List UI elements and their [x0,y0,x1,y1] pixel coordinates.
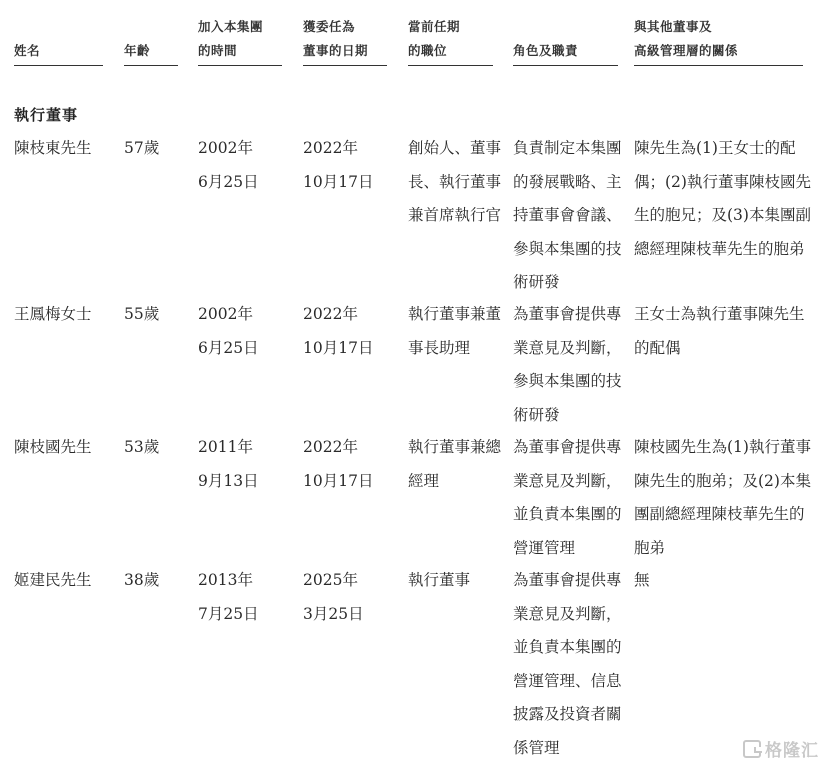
cell-text: 3月25日 [303,598,364,632]
cell-text: 6月25日 [198,166,259,200]
cell-text: 執行董事 [408,564,470,598]
cell-text: 並負責本集團的 [513,631,622,665]
cell-text: 2022年 [303,132,373,166]
cell-age: 38歲 [124,564,159,598]
header-text: 角色及職責 [513,39,618,63]
header-text: 獲委任為 [303,15,387,39]
cell-text: 營運管理、信息 [513,665,622,699]
cell-appointed: 2022年 10月17日 [303,132,373,199]
cell-text: 團副總經理陳枝華先生的 [634,498,811,532]
cell-text: 王女士為執行董事陳先生 [634,298,805,332]
cell-role: 為董事會提供專 業意見及判斷， 並負責本集團的 營運管理 [513,431,622,565]
header-text: 加入本集團 [198,15,282,39]
cell-text: 10月17日 [303,332,373,366]
cell-position: 創始人、董事 長、執行董事 兼首席執行官 [408,132,501,233]
header-age: 年齡 [124,14,178,66]
cell-text: 經理 [408,465,501,499]
cell-text: 係管理 [513,732,622,766]
cell-text: 持董事會會議、 [513,199,622,233]
cell-text: 術研發 [513,266,622,300]
cell-joined: 2013年 7月25日 [198,564,259,631]
cell-text: 7月25日 [198,598,259,632]
cell-relationship: 無 [634,564,650,598]
cell-text: 10月17日 [303,465,373,499]
cell-joined: 2002年 6月25日 [198,132,259,199]
cell-joined: 2002年 6月25日 [198,298,259,365]
cell-role: 為董事會提供專 業意見及判斷， 並負責本集團的 營運管理、信息 披露及投資者關 … [513,564,622,765]
cell-text: 的配偶 [634,332,805,366]
cell-text: 38歲 [124,564,159,598]
cell-text: 2002年 [198,132,259,166]
header-name: 姓名 [14,14,103,66]
watermark-text: 格隆汇 [765,736,819,761]
header-text: 董事的日期 [303,39,387,63]
header-text: 年齡 [124,39,178,63]
cell-text: 為董事會提供專 [513,298,622,332]
cell-text: 長、執行董事 [408,166,501,200]
cell-text: 陳枝國先生為(1)執行董事 [634,431,811,465]
cell-text: 生的胞兄；及(3)本集團副 [634,199,811,233]
cell-text: 偶；(2)執行董事陳枝國先 [634,166,811,200]
cell-text: 業意見及判斷， [513,598,622,632]
cell-text: 2002年 [198,298,259,332]
cell-text: 參與本集團的技 [513,233,622,267]
cell-relationship: 王女士為執行董事陳先生 的配偶 [634,298,805,365]
cell-text: 2025年 [303,564,364,598]
cell-text: 執行董事兼董 [408,298,501,332]
cell-age: 55歲 [124,298,159,332]
cell-text: 的發展戰略、主 [513,166,622,200]
cell-age: 53歲 [124,431,159,465]
cell-text: 10月17日 [303,166,373,200]
cell-role: 負責制定本集團 的發展戰略、主 持董事會會議、 參與本集團的技 術研發 [513,132,622,300]
cell-text: 為董事會提供專 [513,564,622,598]
header-relationship: 與其他董事及 高級管理層的關係 [634,14,803,66]
header-appointment-date: 獲委任為 董事的日期 [303,14,387,66]
header-text: 當前任期 [408,15,493,39]
cell-text: 2022年 [303,298,373,332]
cell-position: 執行董事兼董 事長助理 [408,298,501,365]
cell-text: 執行董事兼總 [408,431,501,465]
cell-text: 事長助理 [408,332,501,366]
cell-relationship: 陳枝國先生為(1)執行董事 陳先生的胞弟；及(2)本集 團副總經理陳枝華先生的 … [634,431,811,565]
cell-text: 姬建民先生 [14,564,92,598]
cell-text: 55歲 [124,298,159,332]
cell-text: 創始人、董事 [408,132,501,166]
cell-name: 陳枝東先生 [14,132,92,166]
cell-text: 業意見及判斷， [513,465,622,499]
cell-relationship: 陳先生為(1)王女士的配 偶；(2)執行董事陳枝國先 生的胞兄；及(3)本集團副… [634,132,811,266]
cell-position: 執行董事 [408,564,470,598]
cell-text: 總經理陳枝華先生的胞弟 [634,233,811,267]
cell-text: 負責制定本集團 [513,132,622,166]
cell-text: 2011年 [198,431,259,465]
cell-text: 陳先生為(1)王女士的配 [634,132,811,166]
cell-text: 為董事會提供專 [513,431,622,465]
cell-text: 術研發 [513,399,622,433]
gelonghui-logo-icon [743,740,761,758]
cell-joined: 2011年 9月13日 [198,431,259,498]
cell-text: 胞弟 [634,532,811,566]
cell-appointed: 2025年 3月25日 [303,564,364,631]
header-join-date: 加入本集團 的時間 [198,14,282,66]
cell-text: 兼首席執行官 [408,199,501,233]
section-title-executive-directors: 執行董事 [14,104,78,125]
cell-text: 披露及投資者關 [513,698,622,732]
cell-text: 陳先生的胞弟；及(2)本集 [634,465,811,499]
header-text: 的時間 [198,39,282,63]
cell-text: 無 [634,564,650,598]
cell-text: 2022年 [303,431,373,465]
cell-name: 姬建民先生 [14,564,92,598]
cell-name: 陳枝國先生 [14,431,92,465]
cell-text: 2013年 [198,564,259,598]
cell-text: 6月25日 [198,332,259,366]
cell-text: 9月13日 [198,465,259,499]
header-text: 與其他董事及 [634,15,803,39]
cell-text: 陳枝東先生 [14,132,92,166]
cell-text: 參與本集團的技 [513,365,622,399]
cell-text: 陳枝國先生 [14,431,92,465]
cell-appointed: 2022年 10月17日 [303,298,373,365]
cell-role: 為董事會提供專 業意見及判斷， 參與本集團的技 術研發 [513,298,622,432]
cell-age: 57歲 [124,132,159,166]
cell-text: 57歲 [124,132,159,166]
cell-name: 王鳳梅女士 [14,298,92,332]
cell-position: 執行董事兼總 經理 [408,431,501,498]
cell-text: 並負責本集團的 [513,498,622,532]
header-role: 角色及職責 [513,14,618,66]
cell-text: 王鳳梅女士 [14,298,92,332]
cell-text: 業意見及判斷， [513,332,622,366]
header-text: 高級管理層的關係 [634,39,803,63]
header-text: 姓名 [14,39,103,63]
watermark: 格隆汇 [743,736,819,761]
header-current-position: 當前任期 的職位 [408,14,493,66]
cell-text: 營運管理 [513,532,622,566]
cell-appointed: 2022年 10月17日 [303,431,373,498]
cell-text: 53歲 [124,431,159,465]
header-text: 的職位 [408,39,493,63]
